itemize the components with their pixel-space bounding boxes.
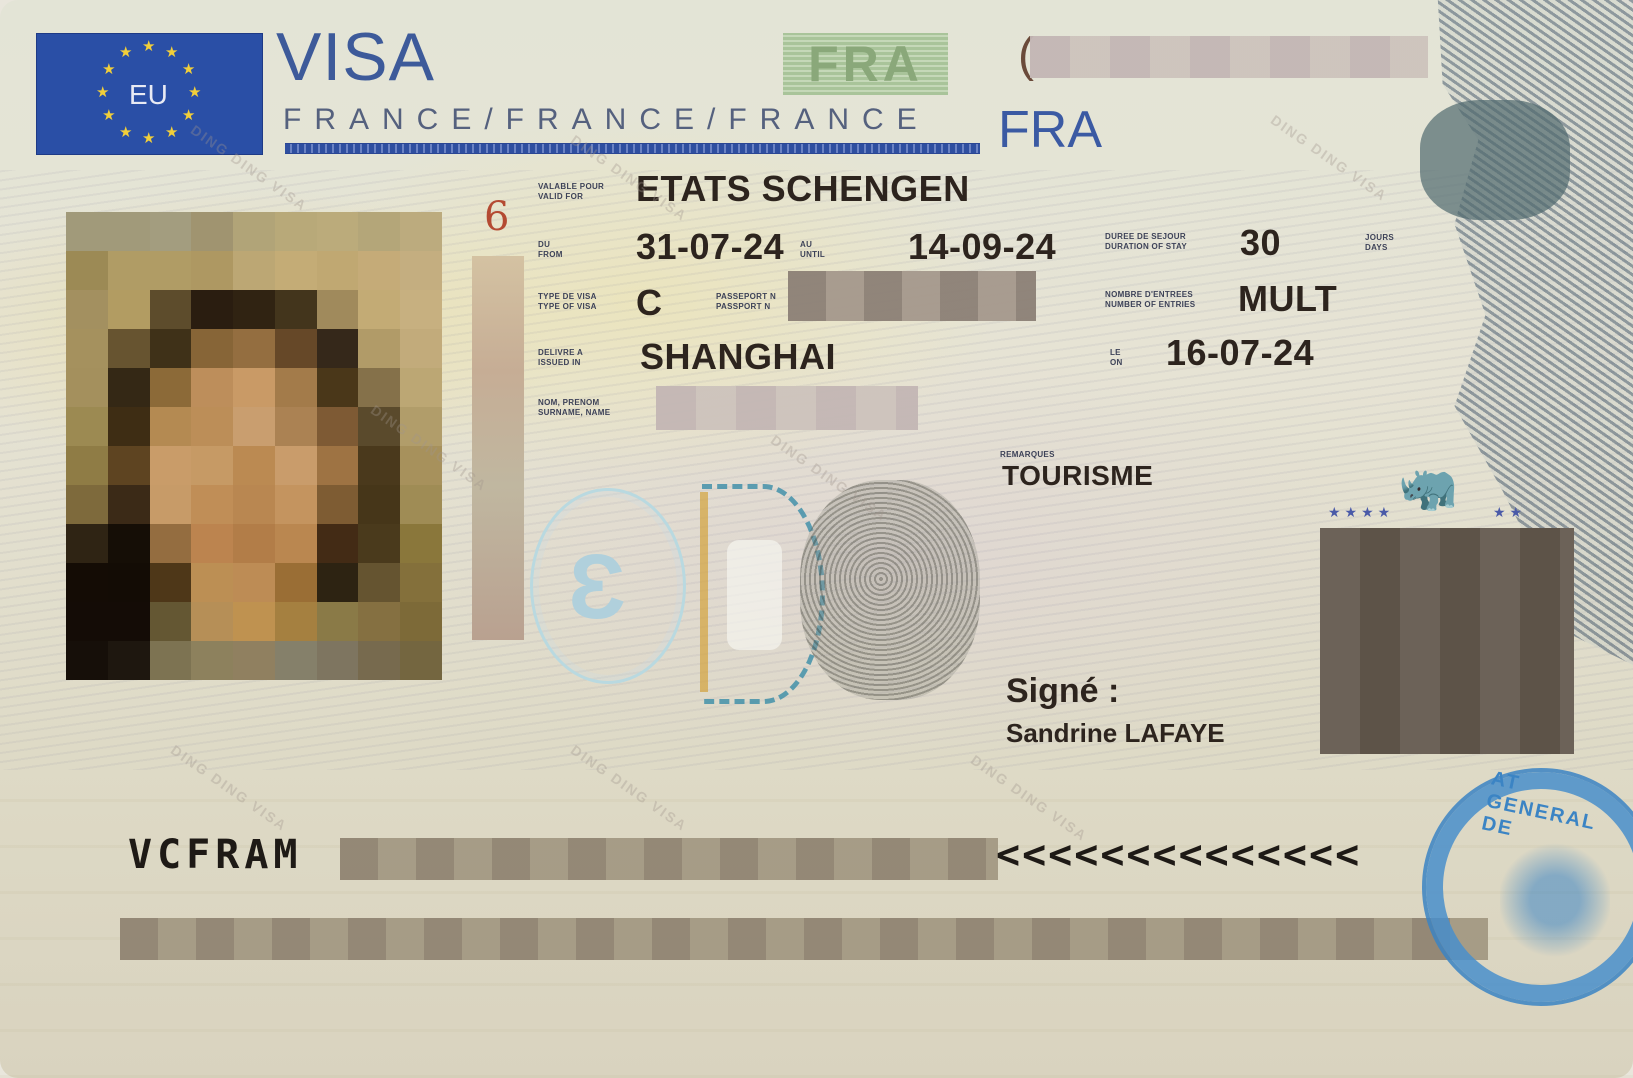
label-valid-for: VALABLE POURVALID FOR	[538, 182, 604, 202]
emblem-center	[727, 540, 782, 650]
label-entries: NOMBRE D'ENTREESNUMBER OF ENTRIES	[1105, 290, 1195, 310]
valid-for-value: ETATS SCHENGEN	[636, 168, 970, 210]
watermark: DING DING VISA	[1268, 112, 1391, 205]
issuing-country-line: FRANCE/FRANCE/FRANCE	[283, 103, 930, 137]
entries-value: MULT	[1238, 278, 1337, 320]
mrz-line1-prefix: VCFRAM	[128, 832, 303, 878]
signed-label: Signé :	[1006, 672, 1119, 711]
country-code: FRA	[998, 100, 1102, 160]
stars-left-icon: ★★★★	[1328, 504, 1394, 521]
eu-star-icon: ★	[102, 108, 115, 123]
eu-star-icon: ★	[182, 108, 195, 123]
rhino-emblem-icon: 🦏	[1398, 458, 1458, 515]
eu-star-icon: ★	[119, 125, 132, 140]
label-duration: DUREE DE SEJOURDURATION OF STAY	[1105, 232, 1187, 252]
visa-type-value: C	[636, 282, 663, 324]
duration-unit: JOURSDAYS	[1365, 233, 1394, 253]
mrz-line2-redacted	[120, 918, 1488, 960]
label-from: DUFROM	[538, 240, 563, 260]
stars-right-icon: ★★	[1493, 504, 1526, 521]
eu-star-icon: ★	[165, 125, 178, 140]
holder-name-redacted	[656, 386, 918, 430]
visa-number-redacted	[1030, 36, 1428, 78]
guilloche-dark-medallion	[1420, 100, 1570, 220]
valid-from-value: 31-07-24	[636, 226, 784, 268]
stamp-emblem	[1500, 840, 1610, 960]
eu-star-icon: ★	[142, 39, 155, 54]
label-visa-type: TYPE DE VISATYPE OF VISA	[538, 292, 597, 312]
secondary-photo-mark: 6	[484, 194, 509, 240]
remarks-value: TOURISME	[1002, 460, 1153, 492]
eu-emblem-text: EU	[129, 79, 168, 111]
label-remarks: REMARQUES	[1000, 450, 1055, 460]
valid-until-value: 14-09-24	[908, 226, 1056, 268]
eu-star-icon: ★	[182, 62, 195, 77]
eu-star-icon: ★	[188, 85, 201, 100]
visa-sticker: EU ★★★★★★★★★★★★ VISA FRANCE/FRANCE/FRANC…	[0, 0, 1633, 1078]
passport-number-redacted	[788, 271, 1036, 321]
label-issued-on: LEON	[1110, 348, 1123, 368]
mrz-line1-redacted	[340, 838, 998, 880]
eu-star-icon: ★	[165, 45, 178, 60]
ghost-image-strip	[472, 256, 524, 640]
issued-on-value: 16-07-24	[1166, 332, 1314, 374]
mrz-line1-filler: <<<<<<<<<<<<<<	[996, 832, 1361, 878]
duration-value: 30	[1240, 222, 1281, 264]
eu-flag-icon: EU ★★★★★★★★★★★★	[36, 33, 263, 155]
eu-star-icon: ★	[102, 62, 115, 77]
qr-code-redacted	[1320, 528, 1574, 754]
fra-hologram: FRA	[783, 33, 948, 95]
eu-star-icon: ★	[119, 45, 132, 60]
document-type-title: VISA	[276, 18, 435, 96]
issued-in-value: SHANGHAI	[640, 336, 836, 378]
eu-star-icon: ★	[142, 131, 155, 146]
microprint-band	[285, 143, 980, 154]
label-until: AUUNTIL	[800, 240, 825, 260]
fingerprint-pattern	[800, 480, 980, 700]
label-issued-in: DELIVRE AISSUED IN	[538, 348, 583, 368]
signer-name: Sandrine LAFAYE	[1006, 718, 1225, 749]
label-name: NOM, PRENOMSURNAME, NAME	[538, 398, 610, 418]
label-passport: PASSEPORT NPASSPORT N	[716, 292, 776, 312]
hologram-e-glyph: Ɛ	[568, 535, 626, 640]
holder-photo	[66, 212, 442, 680]
eu-star-icon: ★	[96, 85, 109, 100]
